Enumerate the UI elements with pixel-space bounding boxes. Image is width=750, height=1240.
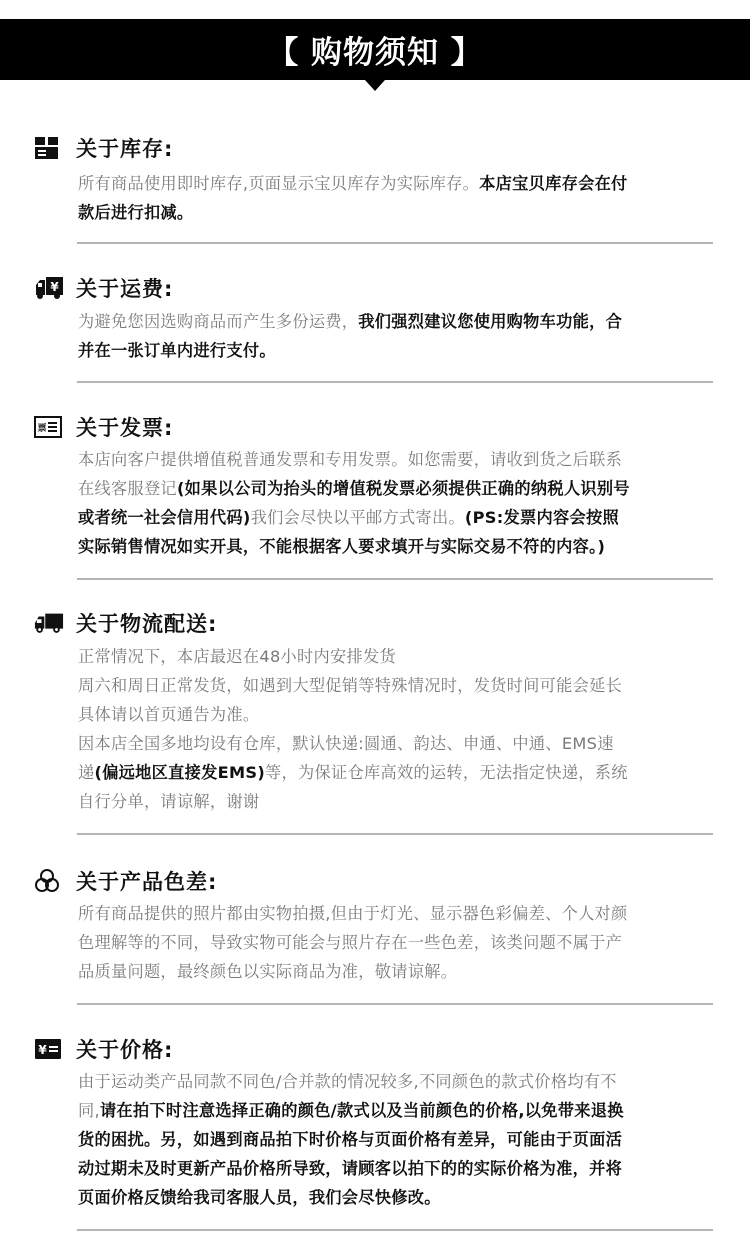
body-text: 品质量问题，最终颜色以实际商品为准，敬请谅解。 (78, 962, 457, 981)
section-header: 关于物流配送: (34, 608, 217, 638)
section-header: 票 关于发票: (34, 412, 173, 442)
body-text: 为避免您因选购商品而产生多份运费， (78, 312, 358, 331)
header-pointer-triangle (365, 80, 385, 91)
section-body: 由于运动类产品同款不同色/合并款的情况较多,不同颜色的款式价格均有不同,请在拍下… (78, 1067, 718, 1212)
body-text: 具体请以首页通告为准。 (78, 705, 259, 724)
divider (77, 578, 713, 580)
body-text: 正常情况下，本店最迟在48小时内安排发货 (78, 647, 396, 666)
package-box-icon (34, 135, 64, 161)
body-text: 因本店全国多地均设有仓库，默认快递:圆通、韵达、申通、中通、EMS速 (78, 734, 614, 753)
emphasis-text: 货的困扰。另，如遇到商品拍下时价格与页面价格有差异，可能由于页面活 (78, 1130, 622, 1149)
emphasis-text: (如果以公司为抬头的增值税发票必须提供正确的纳税人识别号 (177, 479, 630, 498)
page-title: 【 购物须知 】 (267, 27, 483, 72)
body-text: 我们会尽快以平邮方式寄出。 (251, 508, 465, 527)
section-title: 关于发票: (76, 412, 173, 442)
divider (77, 1229, 713, 1231)
body-line: 自行分单，请谅解，谢谢 (78, 787, 718, 816)
divider (77, 1003, 713, 1005)
section-body: 本店向客户提供增值税普通发票和专用发票。如您需要，请收到货之后联系在线客服登记(… (78, 445, 718, 561)
body-line: 页面价格反馈给我司客服人员，我们会尽快修改。 (78, 1183, 718, 1212)
emphasis-text: 或者统一社会信用代码) (78, 508, 251, 527)
body-line: 由于运动类产品同款不同色/合并款的情况较多,不同颜色的款式价格均有不 (78, 1067, 718, 1096)
body-line: 色理解等的不同，导致实物可能会与照片存在一些色差，该类问题不属于产 (78, 928, 718, 957)
emphasis-text: 请在拍下时注意选择正确的颜色/款式以及当前颜色的价格,以免带来退换 (100, 1101, 624, 1120)
section-title: 关于运费: (76, 273, 173, 303)
body-text: 由于运动类产品同款不同色/合并款的情况较多,不同颜色的款式价格均有不 (78, 1072, 617, 1091)
invoice-ticket-icon: 票 (34, 414, 64, 440)
body-text: 同, (78, 1101, 100, 1120)
divider (77, 381, 713, 383)
body-line: 递(偏远地区直接发EMS)等，为保证仓库高效的运转，无法指定快递，系统 (78, 758, 718, 787)
body-text: 在线客服登记 (78, 479, 177, 498)
emphasis-text: 我们强烈建议您使用购物车功能，合 (358, 312, 622, 331)
emphasis-text: 本店宝贝库存会在付 (479, 174, 627, 193)
section-title: 关于库存: (76, 133, 173, 163)
color-circles-icon (34, 868, 64, 894)
body-line: 为避免您因选购商品而产生多份运费，我们强烈建议您使用购物车功能，合 (78, 307, 718, 336)
body-line: 货的困扰。另，如遇到商品拍下时价格与页面价格有差异，可能由于页面活 (78, 1125, 718, 1154)
body-line: 所有商品提供的照片都由实物拍摄,但由于灯光、显示器色彩偏差、个人对颜 (78, 899, 718, 928)
body-line: 正常情况下，本店最迟在48小时内安排发货 (78, 642, 718, 671)
section-header: ¥ 关于价格: (34, 1034, 173, 1064)
divider (77, 833, 713, 835)
section-title: 关于产品色差: (76, 866, 217, 896)
body-line: 在线客服登记(如果以公司为抬头的增值税发票必须提供正确的纳税人识别号 (78, 474, 718, 503)
body-line: 动过期未及时更新产品价格所导致，请顾客以拍下的的实际价格为准，并将 (78, 1154, 718, 1183)
body-line: 品质量问题，最终颜色以实际商品为准，敬请谅解。 (78, 957, 718, 986)
emphasis-text: 页面价格反馈给我司客服人员，我们会尽快修改。 (78, 1188, 441, 1207)
body-line: 具体请以首页通告为准。 (78, 700, 718, 729)
svg-text:¥: ¥ (38, 1043, 47, 1057)
delivery-truck-yuan-icon: ¥ (34, 275, 64, 301)
body-line: 所有商品使用即时库存,页面显示宝贝库存为实际库存。本店宝贝库存会在付 (78, 169, 718, 198)
body-text: 递 (78, 763, 95, 782)
body-line: 本店向客户提供增值税普通发票和专用发票。如您需要，请收到货之后联系 (78, 445, 718, 474)
section-body: 所有商品提供的照片都由实物拍摄,但由于灯光、显示器色彩偏差、个人对颜色理解等的不… (78, 899, 718, 986)
body-text: 色理解等的不同，导致实物可能会与照片存在一些色差，该类问题不属于产 (78, 933, 622, 952)
section-header: 关于库存: (34, 133, 173, 163)
divider (77, 242, 713, 244)
emphasis-text: 动过期未及时更新产品价格所导致，请顾客以拍下的的实际价格为准，并将 (78, 1159, 622, 1178)
emphasis-text: (偏远地区直接发EMS) (95, 763, 266, 782)
emphasis-text: 实际销售情况如实开具，不能根据客人要求填开与实际交易不符的内容。) (78, 537, 605, 556)
section-body: 所有商品使用即时库存,页面显示宝贝库存为实际库存。本店宝贝库存会在付款后进行扣减… (78, 169, 718, 227)
emphasis-text: 并在一张订单内进行支付。 (78, 341, 276, 360)
body-text: 周六和周日正常发货，如遇到大型促销等特殊情况时，发货时间可能会延长 (78, 676, 622, 695)
body-text: 本店向客户提供增值税普通发票和专用发票。如您需要，请收到货之后联系 (78, 450, 622, 469)
body-line: 周六和周日正常发货，如遇到大型促销等特殊情况时，发货时间可能会延长 (78, 671, 718, 700)
body-line: 款后进行扣减。 (78, 198, 718, 227)
body-text: 所有商品使用即时库存,页面显示宝贝库存为实际库存。 (78, 174, 479, 193)
section-title: 关于物流配送: (76, 608, 217, 638)
body-text: 自行分单，请谅解，谢谢 (78, 792, 259, 811)
section-header: ¥ 关于运费: (34, 273, 173, 303)
body-line: 同,请在拍下时注意选择正确的颜色/款式以及当前颜色的价格,以免带来退换 (78, 1096, 718, 1125)
section-body: 为避免您因选购商品而产生多份运费，我们强烈建议您使用购物车功能，合并在一张订单内… (78, 307, 718, 365)
header-banner: 【 购物须知 】 (0, 19, 750, 80)
section-body: 正常情况下，本店最迟在48小时内安排发货周六和周日正常发货，如遇到大型促销等特殊… (78, 642, 718, 816)
svg-text:¥: ¥ (50, 280, 59, 294)
emphasis-text: (PS:发票内容会按照 (465, 508, 619, 527)
section-title: 关于价格: (76, 1034, 173, 1064)
body-line: 实际销售情况如实开具，不能根据客人要求填开与实际交易不符的内容。) (78, 532, 718, 561)
emphasis-text: 款后进行扣减。 (78, 203, 193, 222)
price-yuan-tag-icon: ¥ (34, 1036, 64, 1062)
body-line: 因本店全国多地均设有仓库，默认快递:圆通、韵达、申通、中通、EMS速 (78, 729, 718, 758)
shipping-truck-icon (34, 610, 64, 636)
body-text: 所有商品提供的照片都由实物拍摄,但由于灯光、显示器色彩偏差、个人对颜 (78, 904, 628, 923)
body-text: 等，为保证仓库高效的运转，无法指定快递，系统 (265, 763, 628, 782)
body-line: 并在一张订单内进行支付。 (78, 336, 718, 365)
svg-text:票: 票 (37, 422, 46, 434)
body-line: 或者统一社会信用代码)我们会尽快以平邮方式寄出。(PS:发票内容会按照 (78, 503, 718, 532)
section-header: 关于产品色差: (34, 866, 217, 896)
